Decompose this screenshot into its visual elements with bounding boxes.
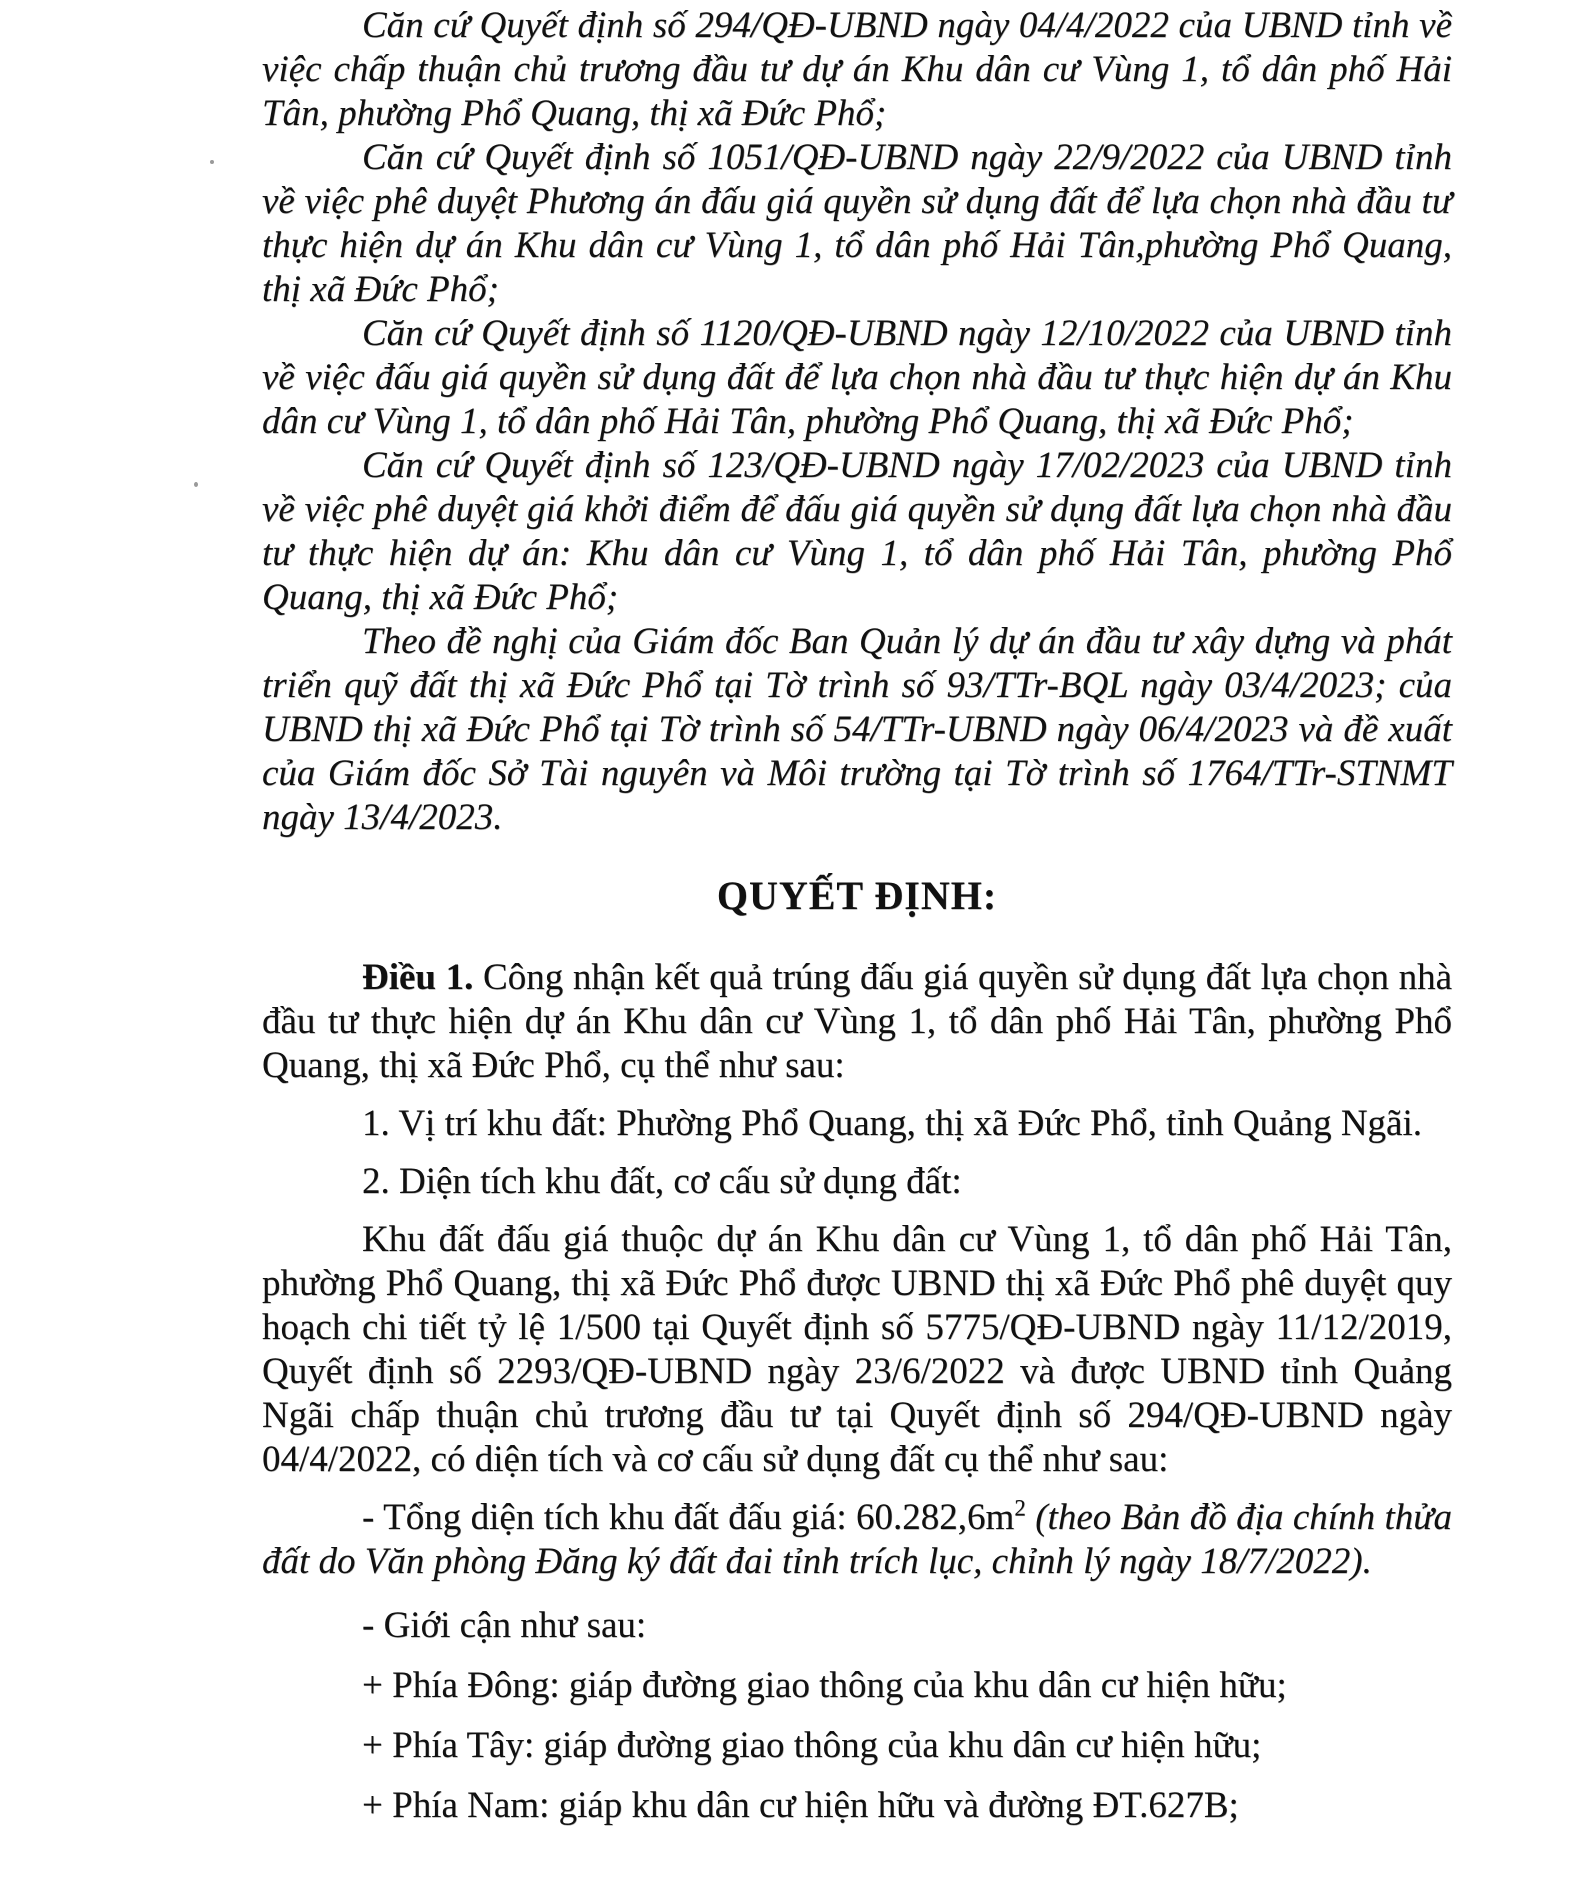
boundary-east: + Phía Đông: giáp đường giao thông của k… [262,1664,1452,1708]
superscript-two: 2 [1014,1496,1025,1521]
preamble-paragraph-1120: Căn cứ Quyết định số 1120/QĐ-UBND ngày 1… [262,312,1452,444]
decision-document-text: Căn cứ Quyết định số 294/QĐ-UBND ngày 04… [262,4,1452,1828]
article-1-paragraph: Điều 1. Công nhận kết quả trúng đấu giá … [262,956,1452,1088]
preamble-paragraph-1051: Căn cứ Quyết định số 1051/QĐ-UBND ngày 2… [262,136,1452,312]
item-area-structure: 2. Diện tích khu đất, cơ cấu sử dụng đất… [262,1160,1452,1204]
preamble-paragraph-proposal: Theo đề nghị của Giám đốc Ban Quản lý dự… [262,620,1452,840]
boundary-south: + Phía Nam: giáp khu dân cư hiện hữu và … [262,1784,1452,1828]
scan-speck [194,482,198,487]
boundary-west: + Phía Tây: giáp đường giao thông của kh… [262,1724,1452,1768]
preamble-paragraph-123: Căn cứ Quyết định số 123/QĐ-UBND ngày 17… [262,444,1452,620]
total-area-text: - Tổng diện tích khu đất đấu giá: 60.282… [362,1497,1014,1538]
total-area-paragraph: - Tổng diện tích khu đất đấu giá: 60.282… [262,1496,1452,1584]
decision-heading: QUYẾT ĐỊNH: [262,872,1452,920]
boundary-intro: - Giới cận như sau: [262,1604,1452,1648]
item-location: 1. Vị trí khu đất: Phường Phổ Quang, thị… [262,1102,1452,1146]
scanned-decision-page: Căn cứ Quyết định số 294/QĐ-UBND ngày 04… [0,0,1587,1900]
scan-speck [210,160,214,164]
preamble-paragraph-294: Căn cứ Quyết định số 294/QĐ-UBND ngày 04… [262,4,1452,136]
site-description-paragraph: Khu đất đấu giá thuộc dự án Khu dân cư V… [262,1218,1452,1482]
article-1-label: Điều 1. [362,957,473,998]
